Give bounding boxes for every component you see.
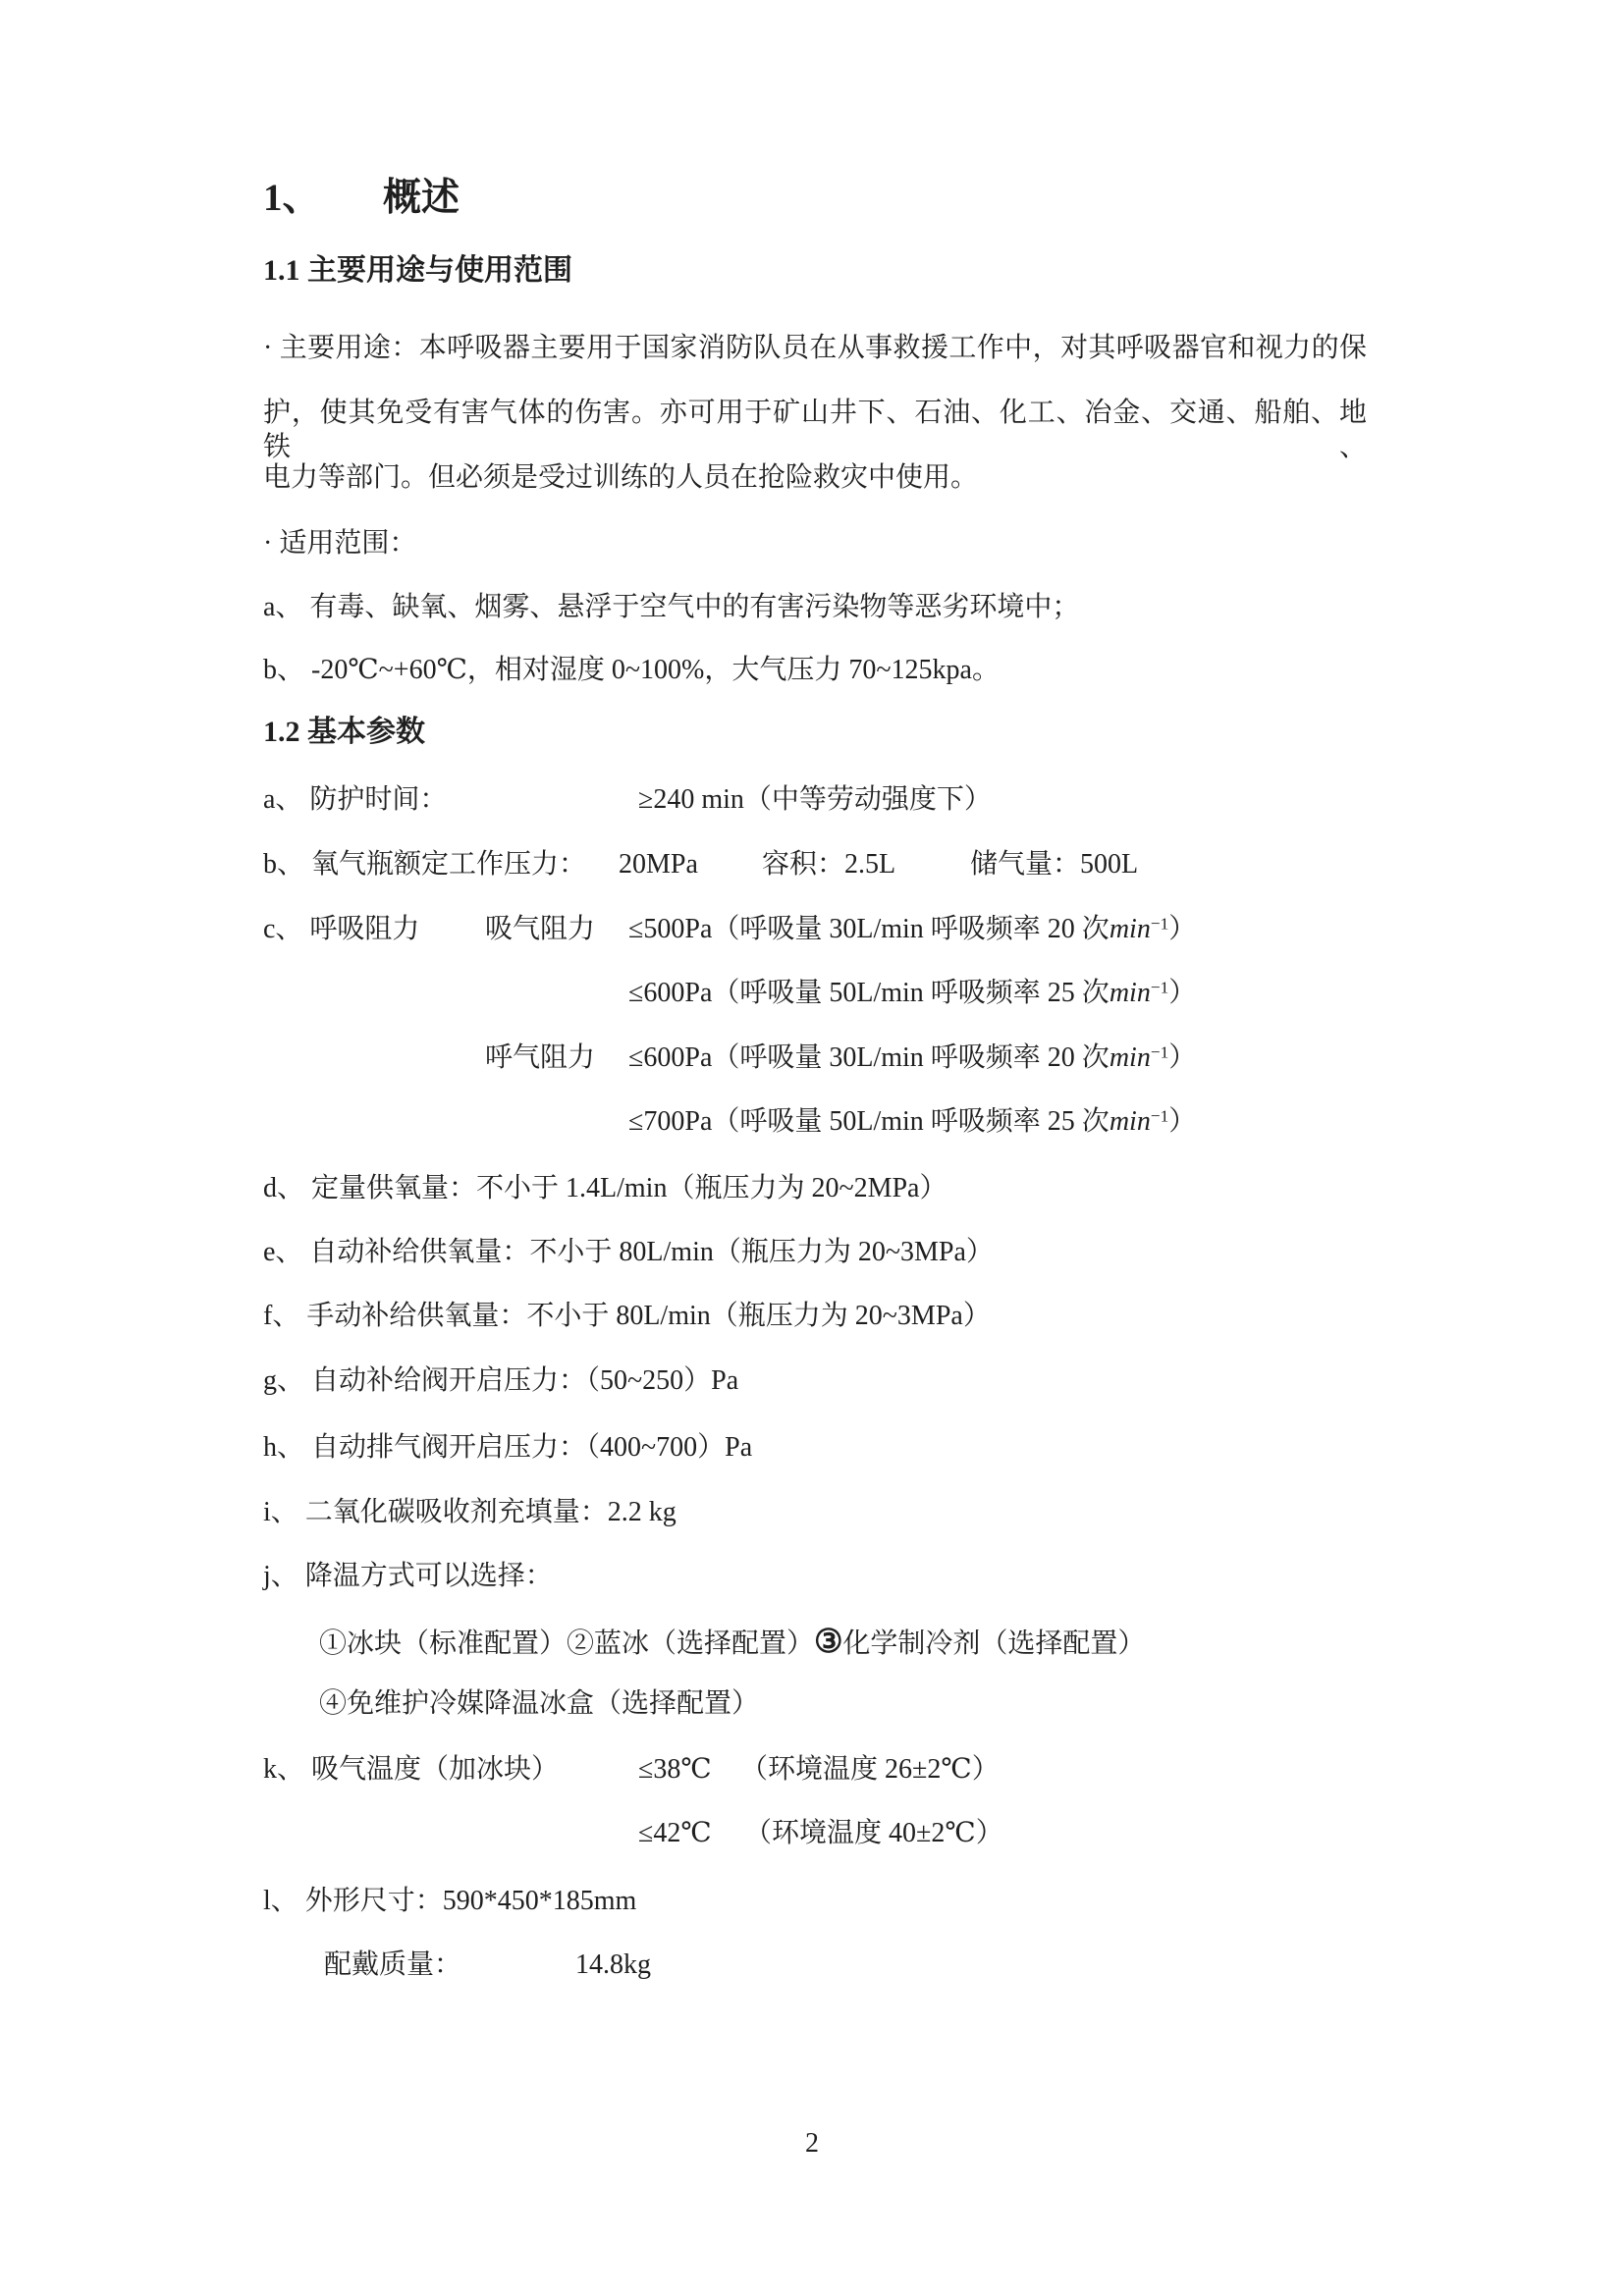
exhale-resistance-value-1: ≤600Pa（呼吸量 30L/min 呼吸频率 20 次min−1） (628, 1041, 1196, 1075)
cooling-option-3: 化学制冷剂（选择配置） (842, 1629, 1145, 1659)
inhale-resistance-label: 吸气阻力 (485, 912, 595, 946)
document-page: 1、 概述 1.1 主要用途与使用范围 · 主要用途：本呼吸器主要用于国家消防队… (0, 0, 1624, 2296)
param-c-label: c、 呼吸阻力 (263, 912, 419, 946)
scope-item-a: a、 有毒、缺氧、烟雾、悬浮于空气中的有害污染物等恶劣环境中； (263, 590, 1367, 624)
cooling-options-line-2: ④免维护冷媒降温冰盒（选择配置） (319, 1686, 1423, 1721)
param-h-line: h、 自动排气阀开启压力：（400~700）Pa (263, 1430, 1367, 1465)
superscript-minus-one: −1 (1151, 914, 1168, 933)
heading-overview-title: 概述 (383, 175, 460, 223)
usage-para-line-2: 护，使其免受有害气体的伤害。亦可用于矿山井下、石油、化工、冶金、交通、船舶、地铁… (263, 396, 1367, 464)
inhale-temp-value-1: ≤38℃ (638, 1752, 712, 1787)
param-i-line: i、 二氧化碳吸收剂充填量：2.2 kg (263, 1495, 1367, 1529)
heading-usage-scope: 1.1 主要用途与使用范围 (263, 252, 1367, 290)
circled-three: ③ (814, 1625, 842, 1660)
param-e-line: e、 自动补给供氧量：不小于 80L/min（瓶压力为 20~3MPa） (263, 1235, 1367, 1269)
usage-para-line-1: · 主要用途：本呼吸器主要用于国家消防队员在从事救援工作中，对其呼吸器官和视力的… (263, 331, 1367, 365)
min-unit: min (1110, 1106, 1151, 1137)
param-a-value: ≥240 min（中等劳动强度下） (638, 782, 992, 817)
min-unit: min (1110, 1042, 1151, 1073)
min-unit: min (1110, 914, 1151, 944)
cooling-options-line-1: ①冰块（标准配置）②蓝冰（选择配置）③化学制冷剂（选择配置） (319, 1623, 1423, 1663)
param-b-volume: 容积：2.5L (762, 847, 895, 881)
min-unit: min (1110, 978, 1151, 1008)
exhale-resistance-value-2: ≤700Pa（呼吸量 50L/min 呼吸频率 25 次min−1） (628, 1104, 1196, 1139)
inhale-temp-note-1: （环境温度 26±2℃） (740, 1752, 1000, 1787)
param-k-label: k、 吸气温度（加冰块） (263, 1752, 559, 1787)
inhale-temp-value-2: ≤42℃ (638, 1816, 712, 1850)
param-l-line: l、 外形尺寸：590*450*185mm (263, 1884, 1367, 1918)
superscript-minus-one: −1 (1151, 978, 1168, 996)
heading-basic-params: 1.2 基本参数 (263, 714, 1367, 751)
inhale-resistance-value-1: ≤500Pa（呼吸量 30L/min 呼吸频率 20 次min−1） (628, 912, 1196, 946)
param-b-pressure: 20MPa (619, 847, 698, 881)
weight-label: 配戴质量： (324, 1948, 461, 1982)
param-a-label: a、 防护时间： (263, 782, 447, 817)
param-b-label: b、 氧气瓶额定工作压力： (263, 847, 586, 881)
superscript-minus-one: −1 (1151, 1106, 1168, 1125)
usage-para-line-3: 电力等部门。但必须是受过训练的人员在抢险救灾中使用。 (263, 460, 1367, 495)
param-b-capacity: 储气量：500L (970, 847, 1138, 881)
param-f-line: f、 手动补给供氧量：不小于 80L/min（瓶压力为 20~3MPa） (263, 1299, 1367, 1333)
exhale-resistance-label: 呼气阻力 (485, 1041, 595, 1075)
param-g-line: g、 自动补给阀开启压力：（50~250）Pa (263, 1363, 1367, 1398)
inhale-resistance-value-2: ≤600Pa（呼吸量 50L/min 呼吸频率 25 次min−1） (628, 976, 1196, 1010)
page-number: 2 (0, 2128, 1624, 2160)
cooling-option-1-2: ①冰块（标准配置）②蓝冰（选择配置） (319, 1629, 814, 1659)
param-d-line: d、 定量供氧量：不小于 1.4L/min（瓶压力为 20~2MPa） (263, 1171, 1367, 1205)
param-j-line: j、 降温方式可以选择： (263, 1559, 1367, 1593)
heading-overview-number: 1、 (263, 175, 321, 223)
superscript-minus-one: −1 (1151, 1042, 1168, 1061)
inhale-temp-note-2: （环境温度 40±2℃） (744, 1816, 1003, 1850)
scope-item-b: b、 -20℃~+60℃，相对湿度 0~100%，大气压力 70~125kpa。 (263, 653, 1367, 687)
scope-title: · 适用范围： (263, 526, 1367, 561)
weight-value: 14.8kg (575, 1948, 651, 1982)
